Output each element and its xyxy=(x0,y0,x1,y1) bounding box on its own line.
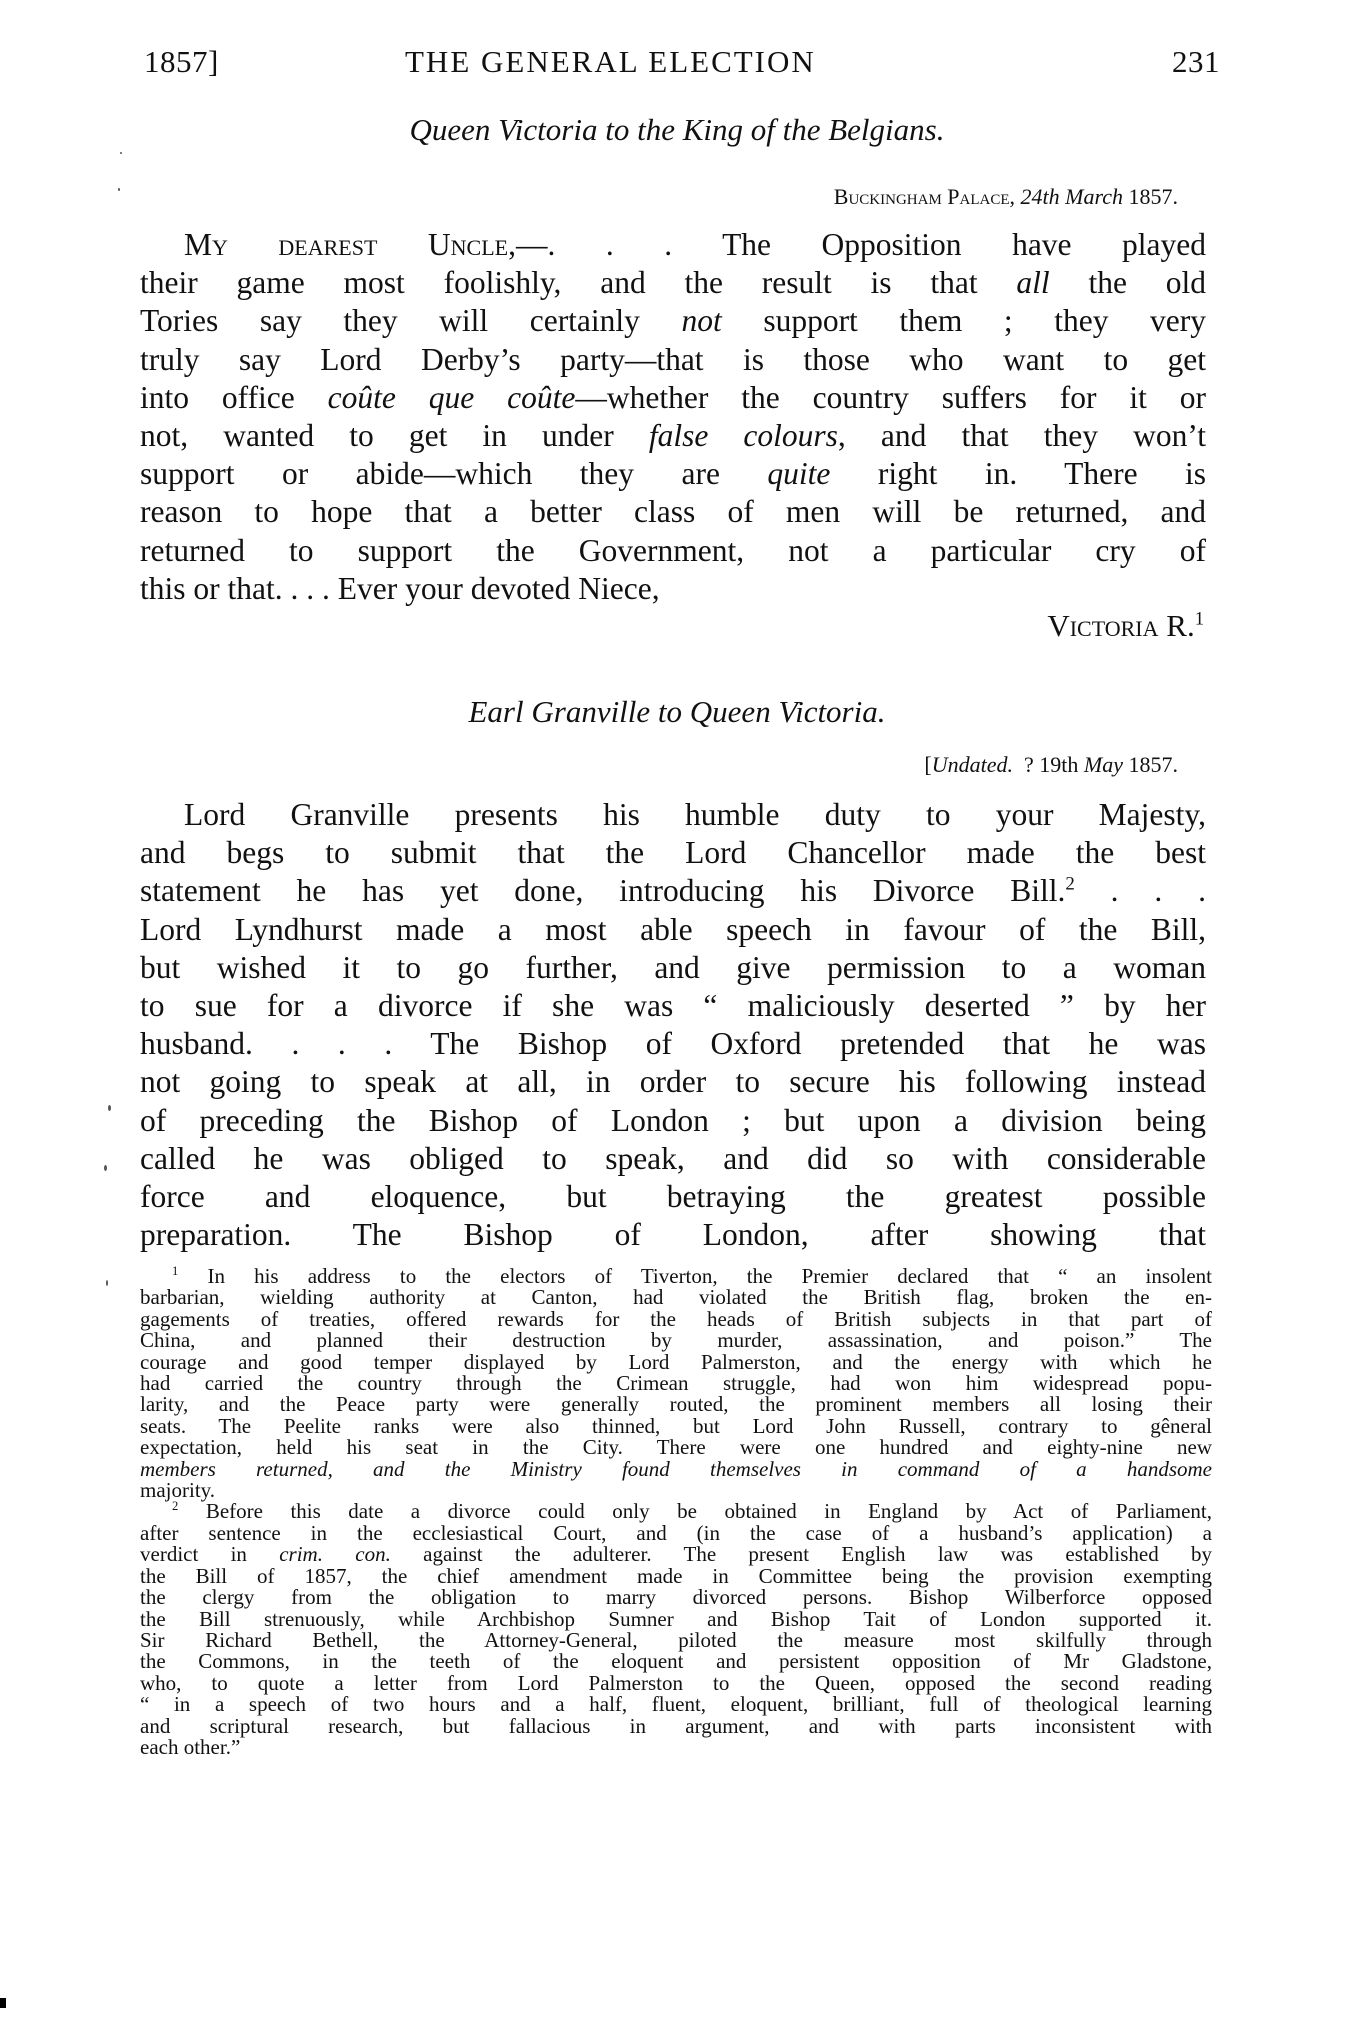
emphasis: not xyxy=(681,303,721,338)
emphasis: crim. con. xyxy=(279,1542,391,1566)
text-line: their game most foolishly, and the resul… xyxy=(140,264,1206,302)
letter-dateline: Buckingham Palace, 24th March 1857. xyxy=(834,184,1178,210)
text-line: Lord Granville presents his humble duty … xyxy=(140,796,1206,834)
text-line: My dearest Uncle,—. . . The Opposition h… xyxy=(140,226,1206,264)
dateline-month: March xyxy=(1065,184,1123,209)
letter-heading-granville-to-victoria: Earl Granville to Queen Victoria. xyxy=(0,694,1354,730)
footnotes: 1 In his address to the electors of Tive… xyxy=(140,1266,1212,1758)
text-line: returned to support the Government, not … xyxy=(140,532,1206,570)
text-line: statement he has yet done, introducing h… xyxy=(140,872,1206,910)
text-line: of preceding the Bishop of London ; but … xyxy=(140,1102,1206,1140)
footnote-line: the clergy from the obligation to marry … xyxy=(140,1587,1212,1608)
footnote-marker: 1 xyxy=(172,1264,178,1278)
footnote-line: courage and good temper displayed by Lor… xyxy=(140,1352,1212,1373)
emphasis: all xyxy=(1016,265,1049,300)
dateline-place: Buckingham Palace, xyxy=(834,184,1015,209)
signature: Victoria R.1 xyxy=(1047,608,1204,644)
footnote-line: 1 In his address to the electors of Tive… xyxy=(140,1266,1212,1287)
footnote-line: the Commons, in the teeth of the eloquen… xyxy=(140,1651,1212,1672)
letter-body-granville: Lord Granville presents his humble duty … xyxy=(140,796,1206,1254)
footnote-line: seats. The Peelite ranks were also thinn… xyxy=(140,1416,1212,1437)
footnote-line: “ in a speech of two hours and a half, f… xyxy=(140,1694,1212,1715)
text-line: reason to hope that a better class of me… xyxy=(140,493,1206,531)
footnote-line: each other.” xyxy=(140,1737,1212,1758)
footnote-line: the Bill of 1857, the chief amendment ma… xyxy=(140,1566,1212,1587)
text-line: husband. . . . The Bishop of Oxford pret… xyxy=(140,1025,1206,1063)
salutation: My dearest Uncle, xyxy=(184,227,516,262)
running-head-title: THE GENERAL ELECTION xyxy=(405,44,816,80)
footnote-ref-1[interactable]: 1 xyxy=(1195,609,1204,630)
scan-speck xyxy=(118,188,120,191)
footnote-ref-2[interactable]: 2 xyxy=(1065,874,1074,895)
dateline-year: 1857. xyxy=(1129,752,1179,777)
footnote-line: barbarian, wielding authority at Canton,… xyxy=(140,1287,1212,1308)
running-head: 1857] THE GENERAL ELECTION 231 xyxy=(140,44,1220,88)
footnote-line: and scriptural research, but fallacious … xyxy=(140,1716,1212,1737)
text-line: support or abide—which they are quite ri… xyxy=(140,455,1206,493)
scan-speck xyxy=(106,1280,108,1286)
text-line: but wished it to go further, and give pe… xyxy=(140,949,1206,987)
dateline-day: 19th xyxy=(1039,752,1078,777)
footnote-line: had carried the country through the Crim… xyxy=(140,1373,1212,1394)
footnote-line: China, and planned their destruction by … xyxy=(140,1330,1212,1351)
footnote-line: the Bill strenuously, while Archbishop S… xyxy=(140,1609,1212,1630)
footnote-line: expectation, held his seat in the City. … xyxy=(140,1437,1212,1458)
text-line: not, wanted to get in under false colour… xyxy=(140,417,1206,455)
text-line: truly say Lord Derby’s party—that is tho… xyxy=(140,341,1206,379)
footnote-line: who, to quote a letter from Lord Palmers… xyxy=(140,1673,1212,1694)
emphasis: quite xyxy=(767,456,830,491)
text-line: this or that. . . . Ever your devoted Ni… xyxy=(140,570,1206,608)
dateline-month: May xyxy=(1084,752,1123,777)
book-page: 1857] THE GENERAL ELECTION 231 Queen Vic… xyxy=(0,0,1354,2022)
footnote-2: 2 Before this date a divorce could only … xyxy=(140,1501,1212,1758)
footnote-line: larity, and the Peace party were general… xyxy=(140,1394,1212,1415)
scan-corner-mark xyxy=(0,1998,6,2008)
scan-speck xyxy=(108,1105,111,1111)
text-line: force and eloquence, but betraying the g… xyxy=(140,1178,1206,1216)
letter-body-victoria: My dearest Uncle,—. . . The Opposition h… xyxy=(140,226,1206,608)
text-line: Tories say they will certainly not suppo… xyxy=(140,302,1206,340)
page-number: 231 xyxy=(1172,44,1220,80)
scan-speck xyxy=(120,152,122,154)
text-line: preparation. The Bishop of London, after… xyxy=(140,1216,1206,1254)
text-line: called he was obliged to speak, and did … xyxy=(140,1140,1206,1178)
footnote-line: verdict in crim. con. against the adulte… xyxy=(140,1544,1212,1565)
text-line: to sue for a divorce if she was “ malici… xyxy=(140,987,1206,1025)
footnote-line: 2 Before this date a divorce could only … xyxy=(140,1501,1212,1522)
footnote-line: majority. xyxy=(140,1480,1212,1501)
emphasis: false colours xyxy=(649,418,838,453)
footnote-1: 1 In his address to the electors of Tive… xyxy=(140,1266,1212,1501)
footnote-marker: 2 xyxy=(172,1499,178,1513)
scan-speck xyxy=(104,1165,107,1171)
footnote-line: gagements of treaties, offered rewards f… xyxy=(140,1309,1212,1330)
footnote-line: members returned, and the Ministry found… xyxy=(140,1459,1212,1480)
running-head-year: 1857] xyxy=(144,44,219,80)
footnote-line: Sir Richard Bethell, the Attorney-Genera… xyxy=(140,1630,1212,1651)
dateline-year: 1857. xyxy=(1129,184,1179,209)
letter-heading-victoria-to-belgians: Queen Victoria to the King of the Belgia… xyxy=(0,112,1354,148)
text-line: Lord Lyndhurst made a most able speech i… xyxy=(140,911,1206,949)
letter-dateline: [Undated. ? 19th May 1857. xyxy=(924,752,1178,778)
dateline-day: 24th xyxy=(1021,184,1060,209)
footnote-line: after sentence in the ecclesiastical Cou… xyxy=(140,1523,1212,1544)
text-line: into office coûte que coûte—whether the … xyxy=(140,379,1206,417)
dateline-undated: Undated. xyxy=(932,752,1013,777)
text-line: and begs to submit that the Lord Chancel… xyxy=(140,834,1206,872)
emphasis: coûte que coûte xyxy=(328,380,576,415)
text-line: not going to speak at all, in order to s… xyxy=(140,1063,1206,1101)
